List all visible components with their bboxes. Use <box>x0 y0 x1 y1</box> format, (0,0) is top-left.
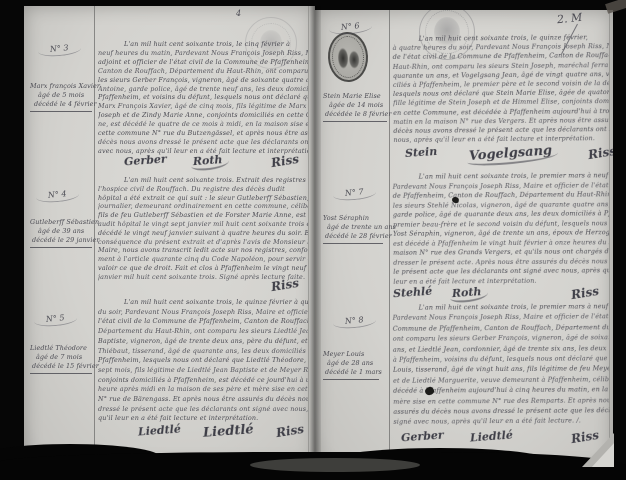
deceased-age: âgé de 39 ans <box>38 227 92 236</box>
handwritten-line: journalier, demeurant ordinairement en c… <box>98 202 308 211</box>
handwritten-line: Pfaffenheim, et voisins du défunt, lesqu… <box>98 93 308 102</box>
folio-mark: 4 <box>236 9 241 18</box>
handwritten-line: Baptiste, vigneron, âgé de trente deux a… <box>98 337 308 347</box>
deceased-name: Marx françois Xavier <box>30 82 92 91</box>
deceased-name: Gutleberff Sébastien <box>30 218 92 227</box>
deceased-name: Stein Marie Elise <box>323 92 387 101</box>
handwritten-line: L'an mil huit cent soixante trois. Extra… <box>98 176 308 185</box>
deceased-age: âgée de 14 mois <box>329 101 387 110</box>
margin-note: N° 8 Meyer Louis âgé de 28 ans décédé le… <box>323 308 387 380</box>
note-underline <box>323 243 383 244</box>
handwritten-line: ne, est décédé le quatre de ce mois à mi… <box>98 120 308 129</box>
deceased-age: âgé de 28 ans <box>327 359 387 368</box>
death-date: décédé le 1 mars <box>325 368 387 377</box>
death-date: décédé le 29 janvier <box>32 236 92 245</box>
right-page: 2. M N° 6 Stein Marie Elise âgée de 14 m… <box>315 10 613 470</box>
handwritten-line: nous, après qu'il leur en a été fait lec… <box>393 134 609 145</box>
handwritten-line: les sieurs Gerber François, vigneron, âg… <box>98 76 308 85</box>
deceased-name: Yost Séraphin <box>323 214 387 223</box>
signature: Gerber <box>401 429 444 445</box>
handwritten-line: hôpital a été extrait ce qui suit : le s… <box>98 194 308 203</box>
signature: Gerber <box>124 153 167 169</box>
signature: Stehlé <box>393 285 433 301</box>
scan-smudge <box>250 458 420 472</box>
signature: Riss <box>275 422 305 440</box>
signature: Roth <box>450 285 489 304</box>
deceased-age: âgé de 5 mois <box>38 91 92 100</box>
margin-note: N° 3 Marx françois Xavier âgé de 5 mois … <box>30 36 92 112</box>
handwritten-line: Pfaffenheim, lesquels nous ont déclaré q… <box>98 356 308 366</box>
margin-note: N° 4 Gutleberff Sébastien âgé de 39 ans … <box>30 182 92 248</box>
handwritten-line: l'état civil de la Commune de Pfaffenhei… <box>98 317 308 327</box>
handwritten-line: le présent acte que les déclarants ont s… <box>393 266 609 277</box>
signature-row: Liedtlé Liedtlé Riss <box>98 424 309 448</box>
handwritten-line: conjoints domiciliés à Pfaffenheim, est … <box>98 376 308 386</box>
signature-row: Riss <box>98 278 309 298</box>
signature: Vogelgsang <box>467 143 559 167</box>
handwritten-line: L'an mil huit cent soixante trois, le ci… <box>98 40 308 49</box>
deceased-name: Liedtlé Théodore <box>30 344 92 353</box>
signature-row: Gerber Roth Riss <box>98 154 309 176</box>
handwritten-line: fils de feu Gutleberff Sébastien et de F… <box>98 211 308 220</box>
handwritten-line: ment à l'article quarante cinq du Code N… <box>98 255 308 264</box>
act-number: N° 6 <box>329 20 373 36</box>
death-date: décédé le 4 février <box>34 100 92 109</box>
death-act-entry: L'an mil huit cent soixante trois, le pr… <box>393 301 610 429</box>
death-date: décédé le 28 février <box>325 232 387 241</box>
deceased-age: âgé de 7 mois <box>36 353 92 362</box>
register-scan: 4 N° 3 Marx françois Xavier âgé de 5 moi… <box>0 0 626 480</box>
handwritten-line: valoir ce que de droit. Fait et clos à P… <box>98 264 308 273</box>
act-number: N° 4 <box>36 188 80 204</box>
handwritten-line: décès nous avons dressé le présent acte … <box>98 138 308 147</box>
handwritten-line: Maire, nous avons transcrit ledit acte s… <box>98 246 308 255</box>
handwritten-line: qu'il leur en a été fait lecture et inte… <box>98 414 308 424</box>
handwritten-line: signé avec nous, après qu'il leur en a é… <box>393 416 609 428</box>
handwritten-line: Antoine, garde police, âgé de trente neu… <box>98 85 308 94</box>
handwritten-line: du soir, Pardevant Nous François Joseph … <box>98 308 308 318</box>
handwritten-line: décédé le vingt neuf janvier suivant à q… <box>98 229 308 238</box>
handwritten-line: neuf heures du matin, Pardevant Nous Fra… <box>98 49 308 58</box>
act-number: N° 5 <box>34 312 78 328</box>
signature: Riss <box>270 152 300 170</box>
left-page: 4 N° 3 Marx françois Xavier âgé de 5 moi… <box>24 6 315 466</box>
death-act-entry: L'an mil huit cent soixante trois, le qu… <box>98 298 308 424</box>
handwritten-line: N° rue de Bärengass. Et après nous être … <box>98 395 308 405</box>
handwritten-line: sept mois, fils légitime de Liedtlé Jean… <box>98 366 308 376</box>
note-underline <box>323 379 379 380</box>
handwritten-line: audit hôpital le vingt sept janvier mil … <box>98 220 308 229</box>
handwritten-line: conséquence du présent extrait et d'aprè… <box>98 238 308 247</box>
death-date: décédé le 15 février <box>32 362 92 371</box>
handwritten-line: dressé le présent acte que les déclarant… <box>98 405 308 415</box>
note-underline <box>323 121 387 122</box>
signature: Liedtlé <box>202 422 254 440</box>
handwritten-line: l'hospice civil de Rouffach. Du registre… <box>98 185 308 194</box>
page-gutter-shadow <box>309 6 321 468</box>
note-underline <box>30 247 92 248</box>
handwritten-line: heure après midi en la maison de ses pèr… <box>98 385 308 395</box>
handwritten-line: Canton de Rouffach, Département du Haut-… <box>98 67 308 76</box>
margin-note: N° 7 Yost Séraphin âgé de trente un ans … <box>323 180 387 244</box>
note-underline <box>30 111 92 112</box>
signature: Riss <box>570 428 600 446</box>
margin-rule-right <box>389 10 390 470</box>
signature: Riss <box>270 276 300 294</box>
signature: Liedtlé <box>469 429 513 445</box>
death-act-entry: L'an mil huit cent soixante trois. Extra… <box>98 176 308 282</box>
folio-mark: 2. M <box>556 11 582 27</box>
handwritten-line: cette commune N° rue du Butzengässel, et… <box>98 129 308 138</box>
handwritten-line: Thiébaut, tisserand, âgé de quarante ans… <box>98 347 308 357</box>
handwritten-line: Marx François Xavier, âgé de cinq mois, … <box>98 102 308 111</box>
handwritten-line: L'an mil huit cent soixante trois, le qu… <box>98 298 308 308</box>
deceased-age: âgé de trente un ans <box>327 223 387 232</box>
act-number: N° 8 <box>333 314 377 330</box>
signature: Liedtlé <box>138 423 182 439</box>
handwritten-line: Département du Haut-Rhin, ont comparu le… <box>98 327 308 337</box>
signature: Roth <box>190 153 229 172</box>
handwritten-line: Joseph et de Zindy Marie Anne, conjoints… <box>98 111 308 120</box>
death-date: décédée le 8 février <box>325 110 387 119</box>
act-number: N° 3 <box>38 42 82 58</box>
death-act-entry: L'an mil huit cent soixante trois, le pr… <box>393 171 610 287</box>
margin-note: N° 5 Liedtlé Théodore âgé de 7 mois décé… <box>30 306 92 374</box>
signature: Stein <box>405 145 438 160</box>
signature-row: Stein Vogelgsang Riss <box>393 146 609 172</box>
death-act-entry: L'an mil huit cent soixante trois, le ci… <box>98 40 308 156</box>
handwritten-line: adjoint et officier de l'état civil de l… <box>98 58 308 67</box>
death-act-entry: L'an mil huit cent soixante trois, le qu… <box>393 33 610 147</box>
act-number: N° 7 <box>333 186 377 202</box>
deceased-name: Meyer Louis <box>323 350 387 359</box>
note-underline <box>30 373 92 374</box>
margin-note: N° 6 Stein Marie Elise âgée de 14 mois d… <box>323 14 387 122</box>
scan-frame-sliver <box>605 0 626 14</box>
signature: Riss <box>570 284 600 302</box>
